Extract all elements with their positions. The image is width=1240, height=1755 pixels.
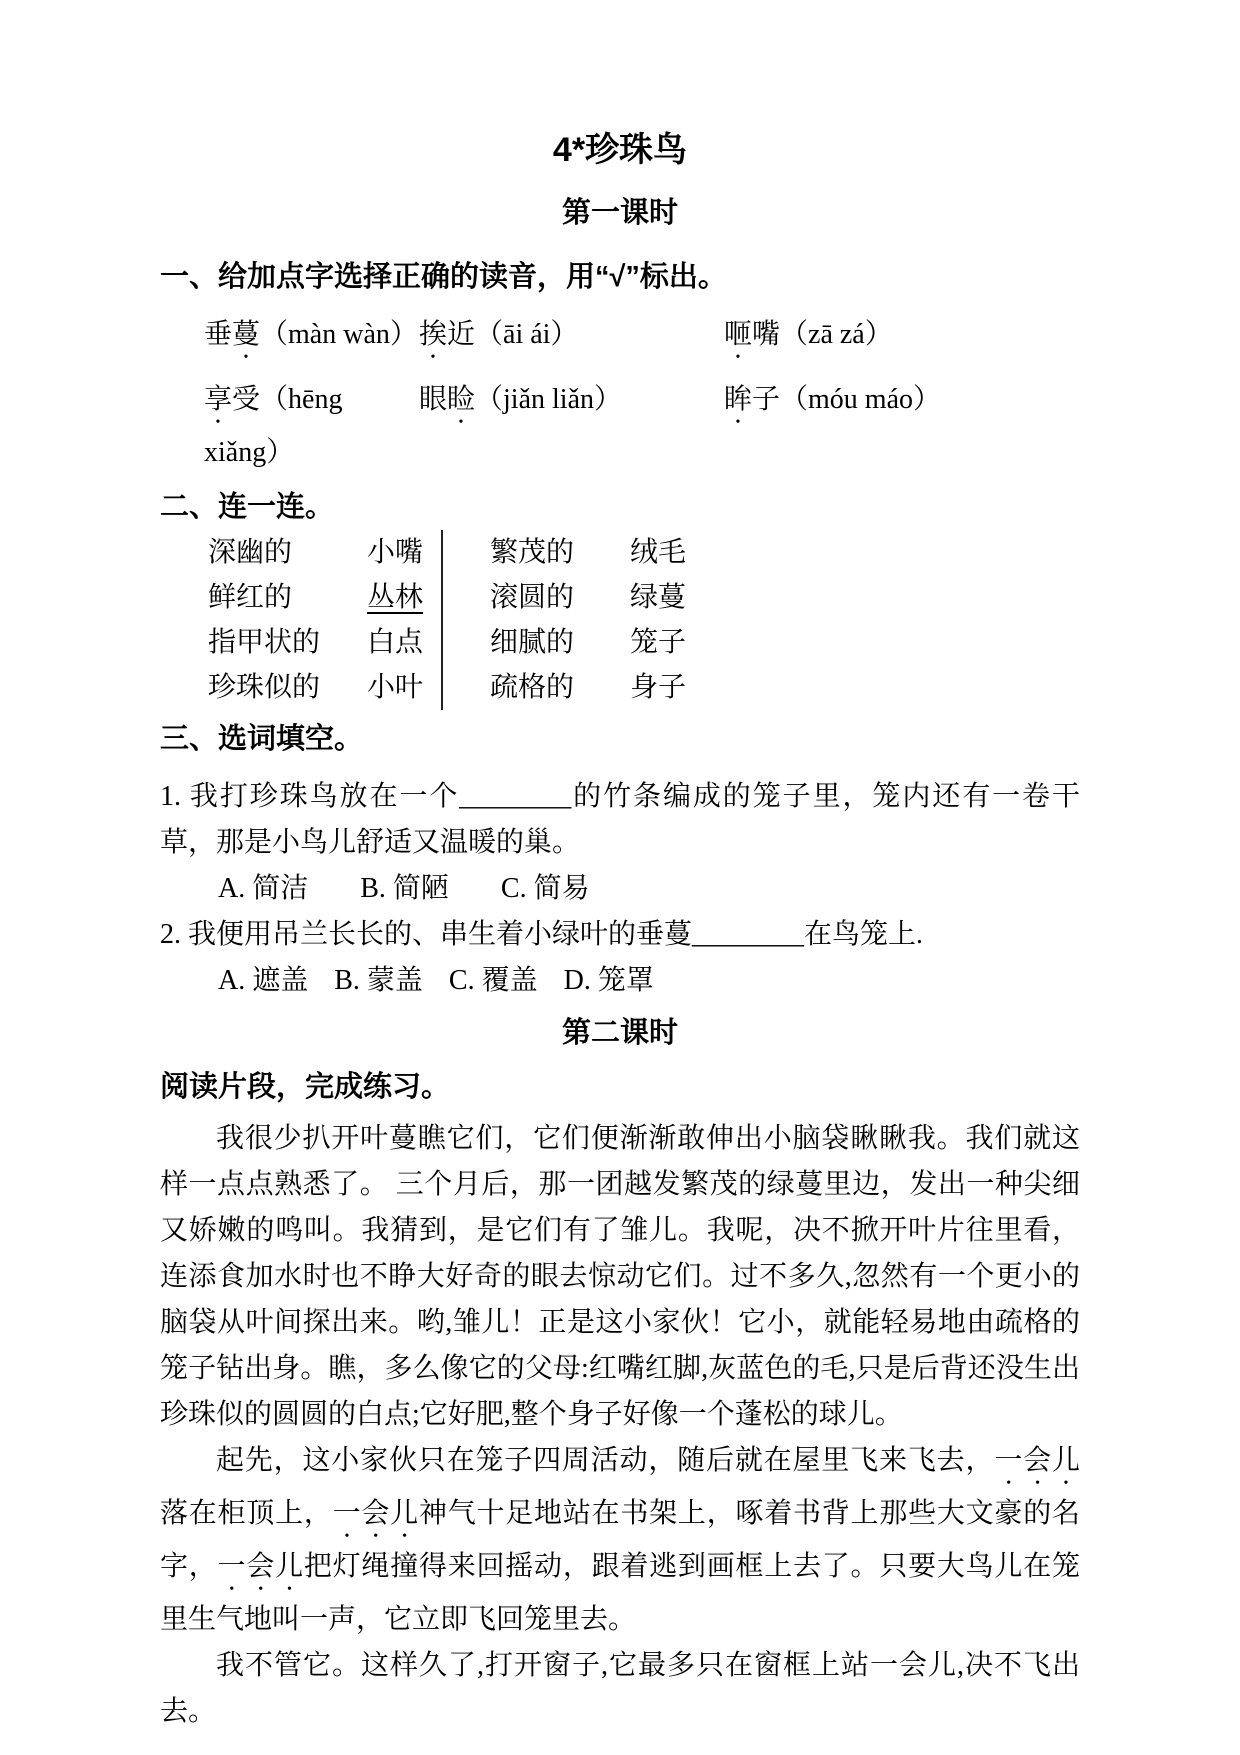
page-title: 4*珍珠鸟 [160, 126, 1080, 174]
pinyin-item-6: 眸子（móu máo） [724, 377, 1080, 476]
q2-option-d: D. 笼罩 [564, 958, 654, 1004]
pinyin-item-1: 垂蔓（màn wàn） [204, 312, 419, 365]
section-fill-blank: 三、选词填空。 1. 我打珍珠鸟放在一个________的竹条编成的笼子里，笼内… [160, 718, 1080, 1004]
q1-option-c: C. 简易 [501, 866, 590, 912]
pinyin-grid: 垂蔓（màn wàn） 挨近（āi ái） 咂嘴（zā zá） 享受（hēng … [160, 312, 1080, 476]
pinyin-item-2: 挨近（āi ái） [419, 312, 724, 365]
q1-option-b: B. 简陋 [360, 866, 449, 912]
reading-instruction: 阅读片段，完成练习。 [160, 1066, 1080, 1108]
fill-question-2: 2. 我便用吊兰长长的、串生着小绿叶的垂蔓________在鸟笼上. [160, 912, 1080, 958]
section-reading: 阅读片段，完成练习。 我很少扒开叶蔓瞧它们，它们便渐渐敢伸出小脑袋瞅瞅我。我们就… [160, 1066, 1080, 1735]
pinyin-item-5: 眼睑（jiǎn liǎn） [419, 377, 724, 476]
match-left-adj-3: 指甲状的 [208, 620, 367, 665]
match-right-noun-1: 绒毛 [630, 530, 1080, 575]
match-right-adj-4: 疏格的 [490, 665, 630, 710]
section-pronunciation: 一、给加点字选择正确的读音，用“√”标出。 垂蔓（màn wàn） 挨近（āi … [160, 256, 1080, 476]
match-right-adj-3: 细腻的 [490, 620, 630, 665]
passage-paragraph-3: 我不管它。这样久了,打开窗子,它最多只在窗框上站一会儿,决不飞出去。 [160, 1643, 1080, 1735]
section-3-heading: 三、选词填空。 [160, 718, 1080, 760]
match-right-noun-4: 身子 [630, 665, 1080, 710]
match-left-noun-4: 小叶 [367, 665, 441, 710]
match-left-noun-1: 小嘴 [367, 530, 441, 575]
q2-option-b: B. 蒙盖 [334, 958, 423, 1004]
match-right-adj-1: 繁茂的 [490, 530, 630, 575]
q2-option-a: A. 遮盖 [218, 958, 308, 1004]
pinyin-item-3: 咂嘴（zā zá） [724, 312, 1080, 365]
match-left-adj-2: 鲜红的 [208, 575, 367, 620]
pinyin-item-4: 享受（hēng xiǎng） [204, 377, 419, 476]
match-right-noun-3: 笼子 [630, 620, 1080, 665]
match-left-adj-1: 深幽的 [208, 530, 367, 575]
section-matching: 二、连一连。 深幽的 小嘴 鲜红的 丛林 指甲状的 白点 珍珠似的 小叶 繁茂的… [160, 486, 1080, 710]
match-left-adj-4: 珍珠似的 [208, 665, 367, 710]
q1-option-a: A. 简洁 [218, 866, 308, 912]
fill-question-1-options: A. 简洁 B. 简陋 C. 简易 [160, 866, 1080, 912]
section-2-heading: 二、连一连。 [160, 486, 1080, 528]
match-right-noun-2: 绿蔓 [630, 575, 1080, 620]
matching-left-column: 深幽的 小嘴 鲜红的 丛林 指甲状的 白点 珍珠似的 小叶 [160, 530, 443, 710]
match-left-noun-2: 丛林 [367, 575, 441, 620]
passage-paragraph-1: 我很少扒开叶蔓瞧它们，它们便渐渐敢伸出小脑袋瞅瞅我。我们就这样一点点熟悉了。 三… [160, 1116, 1080, 1438]
fill-question-1: 1. 我打珍珠鸟放在一个________的竹条编成的笼子里，笼内还有一卷干草，那… [160, 774, 1080, 866]
session-2-heading: 第二课时 [160, 1012, 1080, 1054]
passage-paragraph-2: 起先，这小家伙只在笼子四周活动，随后就在屋里飞来飞去，一会儿落在柜顶上，一会儿神… [160, 1438, 1080, 1643]
match-left-noun-3: 白点 [367, 620, 441, 665]
session-1-heading: 第一课时 [160, 192, 1080, 234]
fill-question-2-options: A. 遮盖 B. 蒙盖 C. 覆盖 D. 笼罩 [160, 958, 1080, 1004]
q2-option-c: C. 覆盖 [449, 958, 538, 1004]
matching-table: 深幽的 小嘴 鲜红的 丛林 指甲状的 白点 珍珠似的 小叶 繁茂的 绒毛 滚圆的… [160, 530, 1080, 710]
matching-right-column: 繁茂的 绒毛 滚圆的 绿蔓 细腻的 笼子 疏格的 身子 [443, 530, 1080, 710]
match-right-adj-2: 滚圆的 [490, 575, 630, 620]
worksheet-page: 4*珍珠鸟 第一课时 一、给加点字选择正确的读音，用“√”标出。 垂蔓（màn … [0, 0, 1240, 1755]
section-1-heading: 一、给加点字选择正确的读音，用“√”标出。 [160, 256, 1080, 298]
